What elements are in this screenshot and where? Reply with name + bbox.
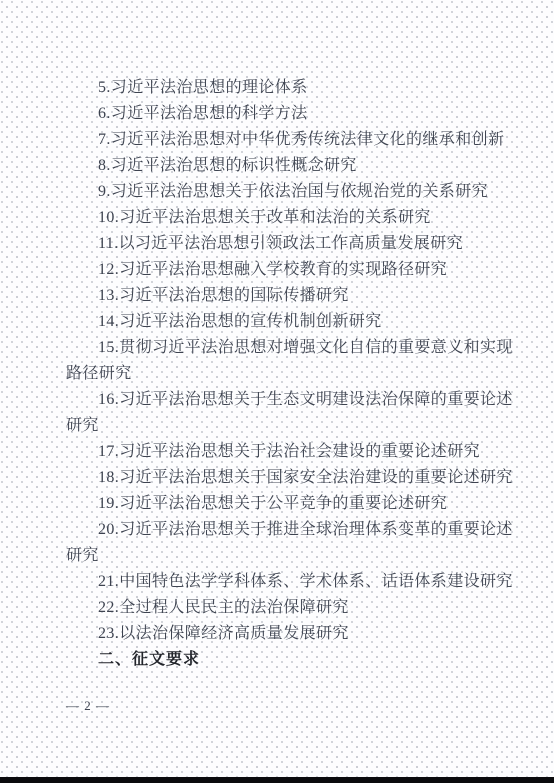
list-item: 12.习近平法治思想融入学校教育的实现路径研究 [66, 257, 544, 283]
section-heading: 二、征文要求 [66, 647, 544, 673]
document-page: 5.习近平法治思想的理论体系6.习近平法治思想的科学方法7.习近平法治思想对中华… [0, 0, 554, 783]
list-item: 14.习近平法治思想的宣传机制创新研究 [66, 309, 544, 335]
list-item: 13.习近平法治思想的国际传播研究 [66, 283, 544, 309]
list-item: 9.习近平法治思想关于依法治国与依规治党的关系研究 [66, 179, 544, 205]
list-item: 路径研究 [66, 361, 544, 387]
page-number: — 2 — [66, 696, 110, 716]
topic-list: 5.习近平法治思想的理论体系6.习近平法治思想的科学方法7.习近平法治思想对中华… [66, 75, 544, 673]
list-item: 19.习近平法治思想关于公平竞争的重要论述研究 [66, 491, 544, 517]
list-item: 研究 [66, 543, 544, 569]
list-item: 22.全过程人民民主的法治保障研究 [66, 595, 544, 621]
list-item: 6.习近平法治思想的科学方法 [66, 101, 544, 127]
list-item: 11.以习近平法治思想引领政法工作高质量发展研究 [66, 231, 544, 257]
list-item: 15.贯彻习近平法治思想对增强文化自信的重要意义和实现 [66, 335, 544, 361]
list-item: 21.中国特色法学学科体系、学术体系、话语体系建设研究 [66, 569, 544, 595]
list-item: 研究 [66, 413, 544, 439]
list-item: 17.习近平法治思想关于法治社会建设的重要论述研究 [66, 439, 544, 465]
list-item: 8.习近平法治思想的标识性概念研究 [66, 153, 544, 179]
list-item: 23.以法治保障经济高质量发展研究 [66, 621, 544, 647]
list-item: 7.习近平法治思想对中华优秀传统法律文化的继承和创新 [66, 127, 544, 153]
scan-edge-bar [0, 777, 554, 783]
list-item: 20.习近平法治思想关于推进全球治理体系变革的重要论述 [66, 517, 544, 543]
list-item: 16.习近平法治思想关于生态文明建设法治保障的重要论述 [66, 387, 544, 413]
list-item: 10.习近平法治思想关于改革和法治的关系研究 [66, 205, 544, 231]
list-item: 18.习近平法治思想关于国家安全法治建设的重要论述研究 [66, 465, 544, 491]
list-item: 5.习近平法治思想的理论体系 [66, 75, 544, 101]
